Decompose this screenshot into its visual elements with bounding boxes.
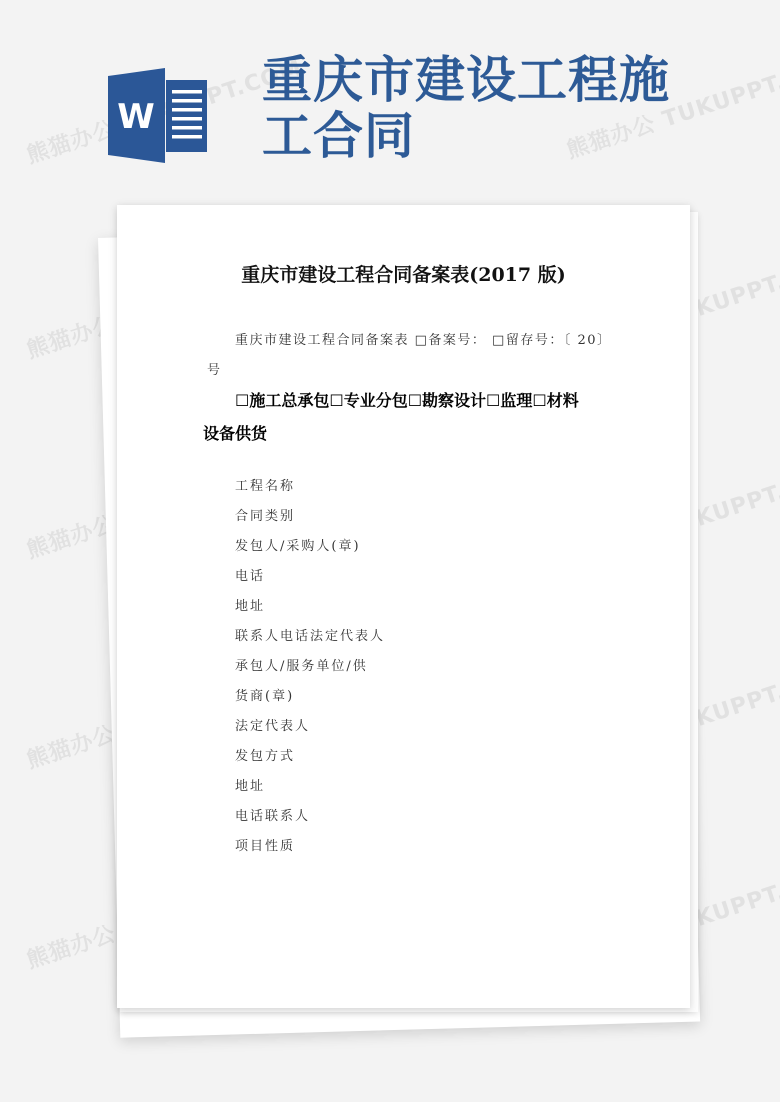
field-label: 项目性质 — [235, 839, 385, 869]
filing-number-line: 重庆市建设工程合同备案表 □备案号： □留存号：〔 20〕 — [235, 329, 612, 348]
banner-title: 重庆市建设工程施工合同 — [262, 52, 702, 164]
filing-number-line-cont: 号 — [207, 359, 220, 378]
svg-text:W: W — [117, 97, 155, 137]
field-label: 地址 — [235, 779, 385, 809]
contract-type-options: ☐施工总承包☐专业分包☐勘察设计☐监理☐材料 — [235, 388, 579, 411]
document-page: 重庆市建设工程合同备案表(2017 版) 重庆市建设工程合同备案表 □备案号： … — [117, 205, 690, 1008]
field-label: 电话 — [235, 569, 385, 599]
form-field-list: 工程名称 合同类别 发包人/采购人(章) 电话 地址 联系人电话法定代表人 承包… — [235, 479, 385, 869]
field-label: 法定代表人 — [235, 719, 385, 749]
field-label: 发包方式 — [235, 749, 385, 779]
word-document-icon: W — [108, 68, 208, 163]
field-label: 联系人电话法定代表人 — [235, 629, 385, 659]
field-label: 电话联系人 — [235, 809, 385, 839]
document-title: 重庆市建设工程合同备案表(2017 版) — [117, 260, 690, 287]
field-label: 地址 — [235, 599, 385, 629]
field-label: 发包人/采购人(章) — [235, 539, 385, 569]
contract-type-options-cont: 设备供货 — [203, 421, 267, 444]
field-label: 承包人/服务单位/供 — [235, 659, 385, 689]
field-label: 合同类别 — [235, 509, 385, 539]
field-label: 工程名称 — [235, 479, 385, 509]
field-label: 货商(章) — [235, 689, 385, 719]
